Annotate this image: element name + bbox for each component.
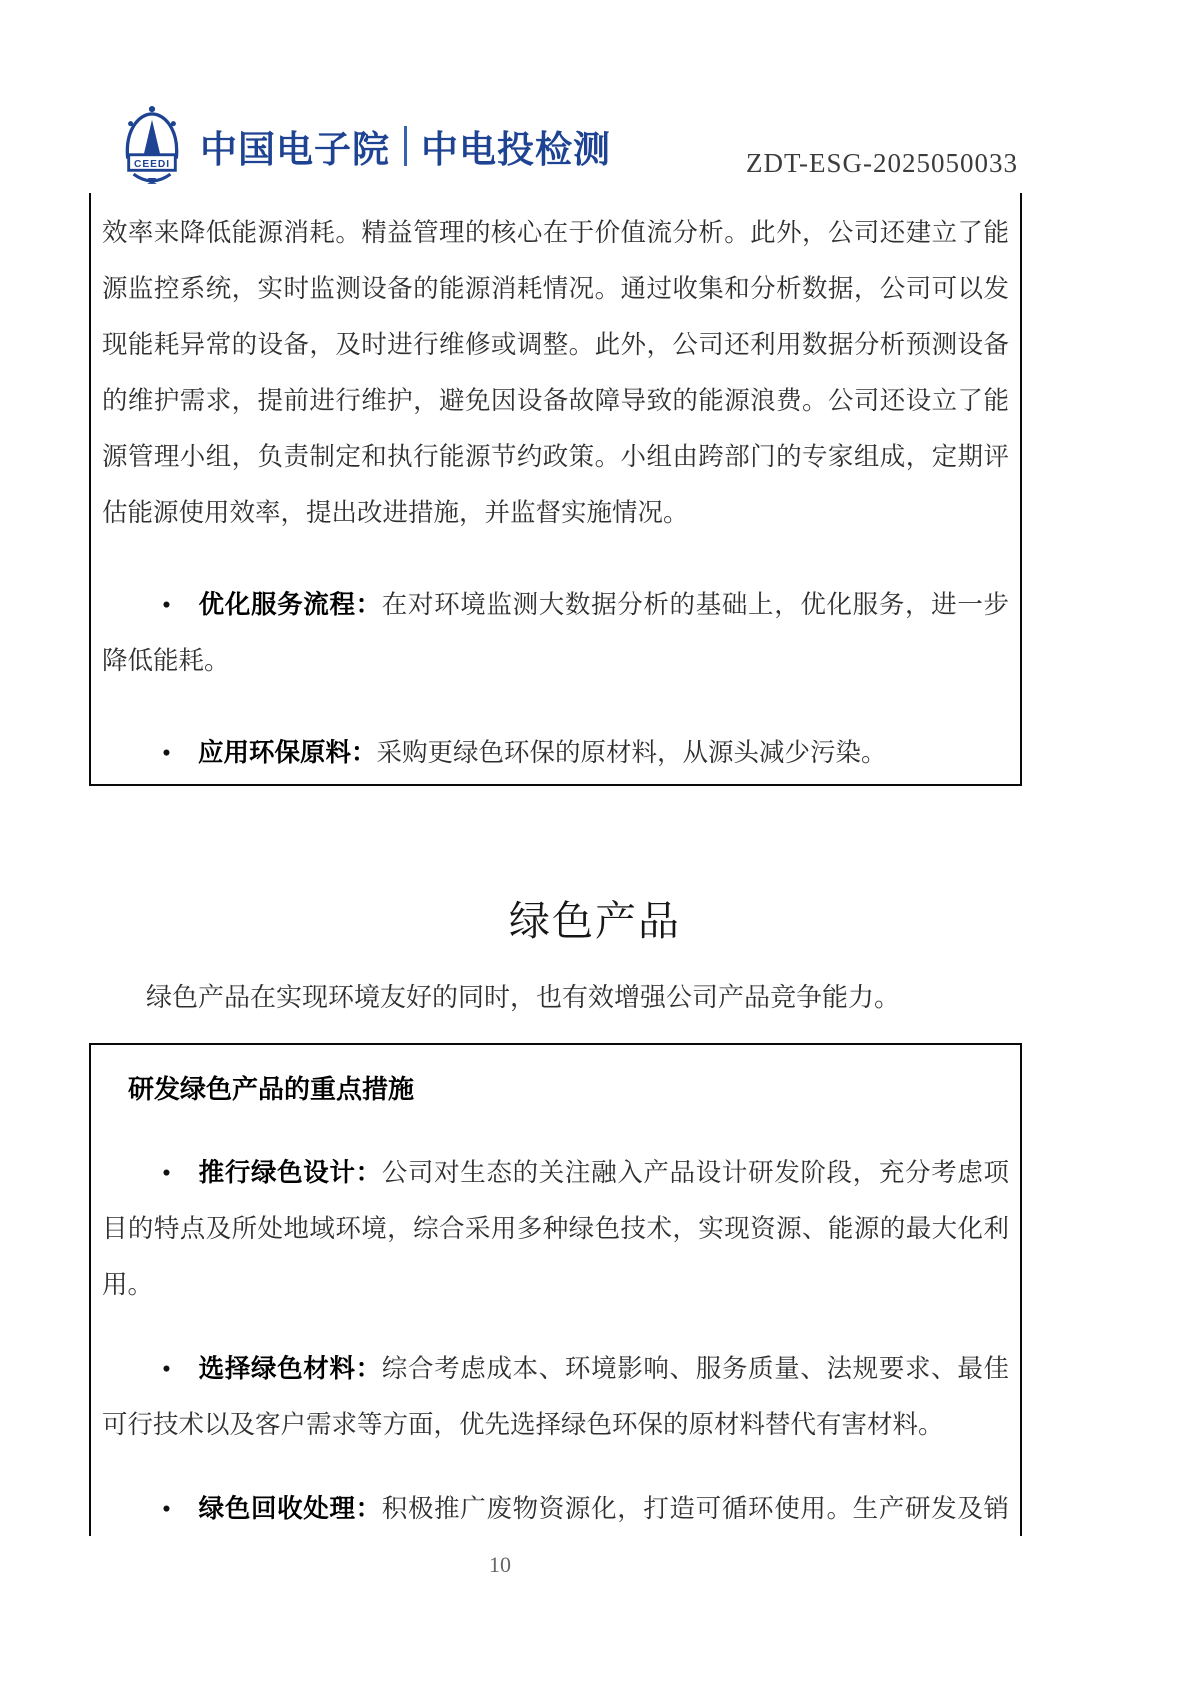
bullet-label: 应用环保原料：	[198, 739, 377, 767]
body-line: 估能源使用效率，提出改进措施，并监督实施情况。	[102, 485, 1009, 541]
logo-name-left: 中国电子院	[200, 119, 390, 173]
logo-name-right: 中电投检测	[421, 119, 611, 173]
bullet-item-optimize-service: •优化服务流程：在对环境监测大数据分析的基础上，优化服务，进一步	[102, 577, 1009, 633]
body-line: 源监控系统，实时监测设备的能源消耗情况。通过收集和分析数据，公司可以发	[102, 261, 1009, 317]
body-line: 的维护需求，提前进行维护，避免因设备故障导致的能源浪费。公司还设立了能	[102, 373, 1009, 429]
bullet-label: 优化服务流程：	[198, 591, 382, 619]
text-box-energy-management: 效率来降低能源消耗。精益管理的核心在于价值流分析。此外，公司还建立了能 源监控系…	[89, 193, 1022, 786]
bullet-text: 在对环境监测大数据分析的基础上，优化服务，进一步	[382, 590, 1009, 619]
bullet-label: 绿色回收处理：	[198, 1495, 382, 1523]
bullet-dot-icon: •	[162, 1145, 198, 1201]
bullet-text: 公司对生态的关注融入产品设计研发阶段，充分考虑项	[382, 1158, 1009, 1187]
bullet-text: 综合考虑成本、环境影响、服务质量、法规要求、最佳	[382, 1354, 1009, 1383]
logo-separator	[404, 126, 407, 166]
bullet-item-green-design: •推行绿色设计：公司对生态的关注融入产品设计研发阶段，充分考虑项	[102, 1145, 1009, 1201]
bullet-dot-icon: •	[162, 1341, 198, 1397]
body-line: 源管理小组，负责制定和执行能源节约政策。小组由跨部门的专家组成，定期评	[102, 429, 1009, 485]
document-number: ZDT-ESG-2025050033	[746, 148, 1018, 179]
page-number: 10	[0, 1552, 1000, 1578]
body-line: 现能耗异常的设备，及时进行维修或调整。此外，公司还利用数据分析预测设备	[102, 317, 1009, 373]
bullet-continuation: 用。	[102, 1257, 1009, 1313]
bullet-item-green-recycling: •绿色回收处理：积极推广废物资源化，打造可循环使用。生产研发及销	[102, 1481, 1009, 1536]
logo-wordmark: 中国电子院 中电投检测	[200, 119, 611, 173]
ceedi-emblem-icon: CEEDI	[118, 104, 186, 188]
bullet-dot-icon: •	[162, 577, 198, 633]
ceedi-badge-text: CEEDI	[134, 159, 170, 170]
box-heading: 研发绿色产品的重点措施	[102, 1061, 1009, 1117]
bullet-label: 选择绿色材料：	[198, 1355, 382, 1383]
company-logo: CEEDI 中国电子院 中电投检测	[118, 104, 611, 188]
text-box-green-product-measures: 研发绿色产品的重点措施 •推行绿色设计：公司对生态的关注融入产品设计研发阶段，充…	[89, 1043, 1022, 1536]
section-intro: 绿色产品在实现环境友好的同时，也有效增强公司产品竞争能力。	[146, 978, 1046, 1018]
bullet-dot-icon: •	[162, 1481, 198, 1536]
bullet-continuation: 目的特点及所处地域环境，综合采用多种绿色技术，实现资源、能源的最大化利	[102, 1201, 1009, 1257]
body-line: 效率来降低能源消耗。精益管理的核心在于价值流分析。此外，公司还建立了能	[102, 205, 1009, 261]
bullet-label: 推行绿色设计：	[198, 1159, 382, 1187]
bullet-continuation: 降低能耗。	[102, 633, 1009, 689]
bullet-item-eco-materials: •应用环保原料：采购更绿色环保的原材料，从源头减少污染。	[102, 725, 1009, 781]
document-page: CEEDI 中国电子院 中电投检测 ZDT-ESG-2025050033 效率来…	[0, 0, 1190, 1683]
bullet-text: 采购更绿色环保的原材料，从源头减少污染。	[377, 738, 887, 767]
bullet-dot-icon: •	[162, 725, 198, 781]
bullet-continuation: 可行技术以及客户需求等方面，优先选择绿色环保的原材料替代有害材料。	[102, 1397, 1009, 1453]
bullet-text: 积极推广废物资源化，打造可循环使用。生产研发及销	[382, 1494, 1009, 1523]
section-title: 绿色产品	[0, 888, 1190, 947]
bullet-item-green-materials: •选择绿色材料：综合考虑成本、环境影响、服务质量、法规要求、最佳	[102, 1341, 1009, 1397]
